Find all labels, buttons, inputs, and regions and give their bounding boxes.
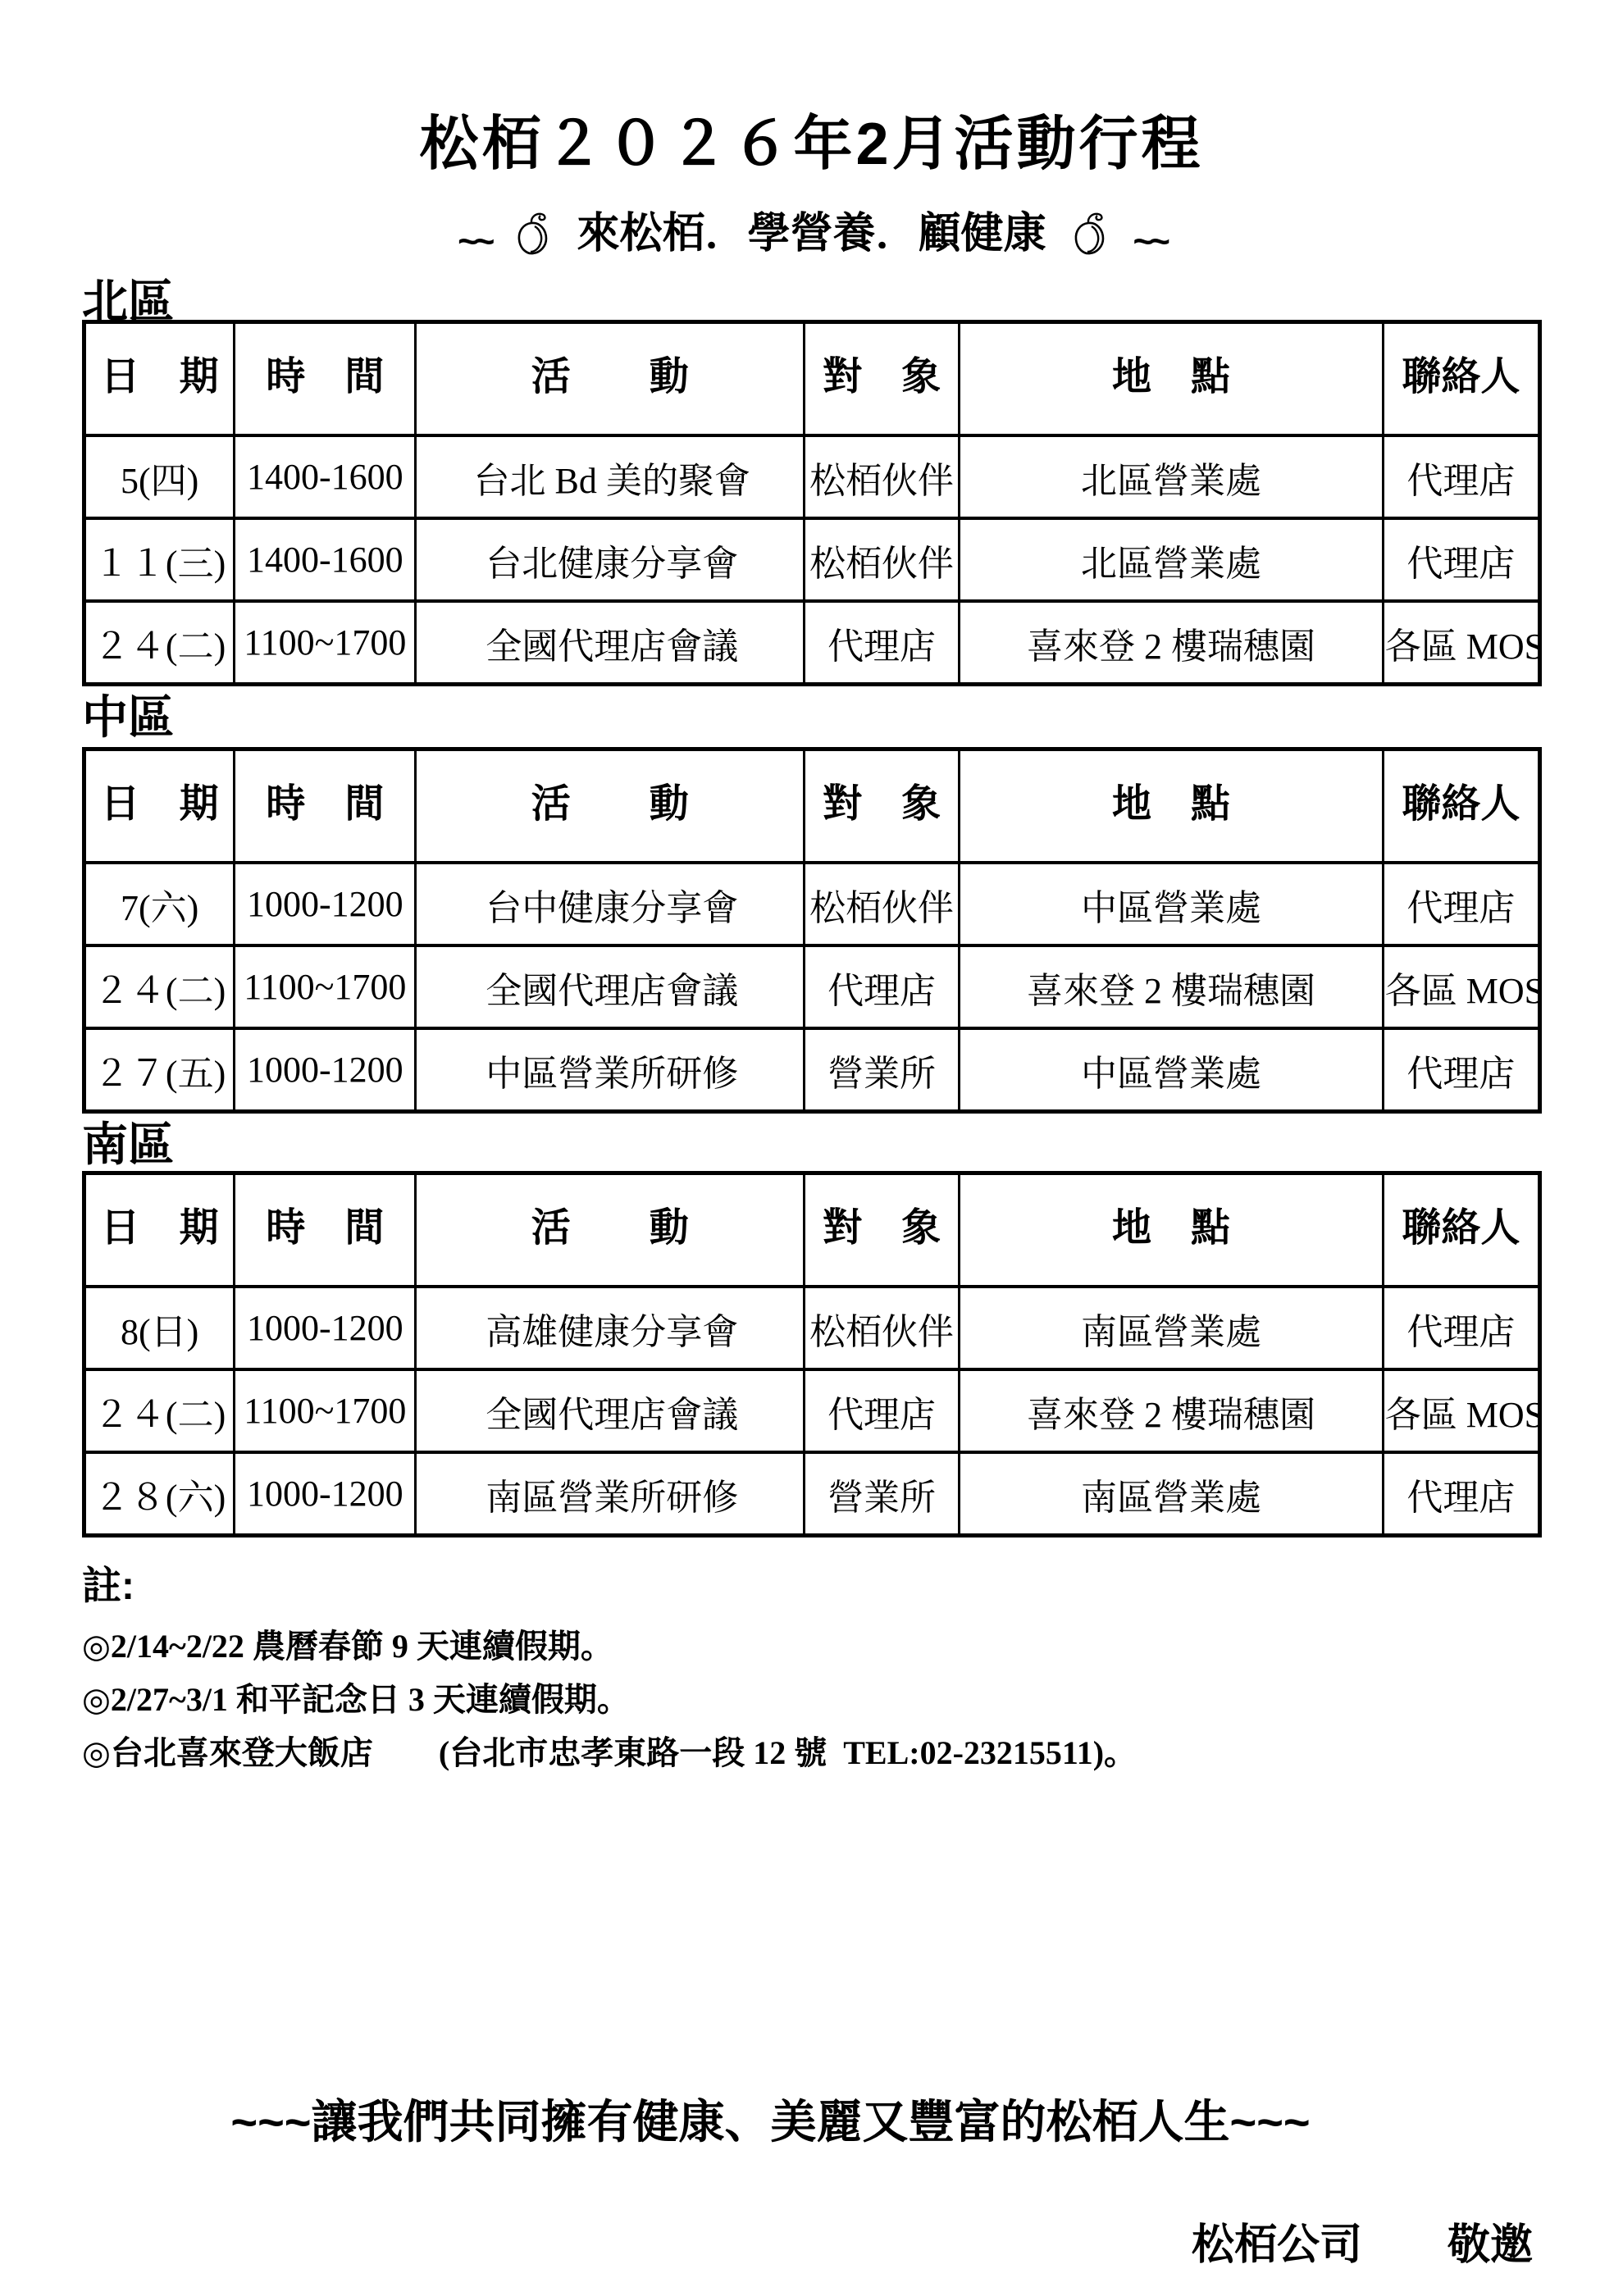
- cell-date: ２４(二): [84, 601, 235, 685]
- cell-time: 1100~1700: [235, 945, 416, 1028]
- cell-date: ２７(五): [84, 1028, 235, 1112]
- cell-time: 1000-1200: [235, 863, 416, 945]
- cell-audience: 代理店: [804, 945, 959, 1028]
- table-header-row: 日 期 時 間 活 動 對 象 地 點 聯絡人: [84, 322, 1540, 436]
- cell-audience: 松栢伙伴: [804, 435, 959, 518]
- cell-audience: 營業所: [804, 1452, 959, 1536]
- page-subtitle: ~~ 來松栢．學營養．顧健康 ~~: [0, 210, 1623, 257]
- cell-activity: 中區營業所研修: [416, 1028, 805, 1112]
- col-header-activity: 活 動: [416, 322, 805, 436]
- cell-time: 1000-1200: [235, 1028, 416, 1112]
- cell-audience: 松栢伙伴: [804, 518, 959, 601]
- col-header-contact: 聯絡人: [1383, 749, 1539, 863]
- table-header-row: 日 期 時 間 活 動 對 象 地 點 聯絡人: [84, 1173, 1540, 1287]
- cell-contact: 代理店: [1383, 435, 1539, 518]
- table-row: 5(四) 1400-1600 台北 Bd 美的聚會 松栢伙伴 北區營業處 代理店: [84, 435, 1540, 518]
- table-row: ２４(二) 1100~1700 全國代理店會議 代理店 喜來登 2 樓瑞穗園 各…: [84, 945, 1540, 1028]
- col-header-activity: 活 動: [416, 749, 805, 863]
- cell-date: 7(六): [84, 863, 235, 945]
- cell-contact: 代理店: [1383, 1452, 1539, 1536]
- cell-date: 5(四): [84, 435, 235, 518]
- cell-date: 8(日): [84, 1287, 235, 1369]
- section-label-north: 北區: [82, 279, 1623, 325]
- cell-contact: 各區 MOS: [1383, 601, 1539, 685]
- col-header-location: 地 點: [960, 322, 1384, 436]
- col-header-audience: 對 象: [804, 1173, 959, 1287]
- footer-signature: 松栢公司 敬邀: [0, 2224, 1623, 2266]
- cell-location: 中區營業處: [960, 1028, 1384, 1112]
- notes-heading: 註:: [82, 1567, 1623, 1606]
- cell-contact: 代理店: [1383, 1287, 1539, 1369]
- table-row: 8(日) 1000-1200 高雄健康分享會 松栢伙伴 南區營業處 代理店: [84, 1287, 1540, 1369]
- col-header-time: 時 間: [235, 749, 416, 863]
- table-header-row: 日 期 時 間 活 動 對 象 地 點 聯絡人: [84, 749, 1540, 863]
- cell-location: 南區營業處: [960, 1452, 1384, 1536]
- cell-contact: 各區 MOS: [1383, 1369, 1539, 1452]
- cell-contact: 代理店: [1383, 863, 1539, 945]
- table-row: ２７(五) 1000-1200 中區營業所研修 營業所 中區營業處 代理店: [84, 1028, 1540, 1112]
- cell-activity: 台北健康分享會: [416, 518, 805, 601]
- plum-icon: [1071, 210, 1109, 257]
- cell-date: ２４(二): [84, 945, 235, 1028]
- notes-list: ◎2/14~2/22 農曆春節 9 天連續假期。 ◎2/27~3/1 和平記念日…: [82, 1619, 1623, 1779]
- cell-date: ２４(二): [84, 1369, 235, 1452]
- cell-audience: 營業所: [804, 1028, 959, 1112]
- cell-location: 喜來登 2 樓瑞穗園: [960, 1369, 1384, 1452]
- cell-activity: 南區營業所研修: [416, 1452, 805, 1536]
- col-header-location: 地 點: [960, 749, 1384, 863]
- table-row: ２８(六) 1000-1200 南區營業所研修 營業所 南區營業處 代理店: [84, 1452, 1540, 1536]
- cell-time: 1100~1700: [235, 1369, 416, 1452]
- cell-contact: 代理店: [1383, 518, 1539, 601]
- col-header-audience: 對 象: [804, 322, 959, 436]
- schedule-table-south: 日 期 時 間 活 動 對 象 地 點 聯絡人 8(日) 1000-1200 高…: [82, 1171, 1542, 1537]
- footer-slogan: ~~~讓我們共同擁有健康、美麗又豐富的松栢人生~~~: [0, 2099, 1582, 2145]
- cell-time: 1100~1700: [235, 601, 416, 685]
- table-row: ２４(二) 1100~1700 全國代理店會議 代理店 喜來登 2 樓瑞穗園 各…: [84, 601, 1540, 685]
- section-label-south: 南區: [82, 1122, 1623, 1168]
- cell-date: ２８(六): [84, 1452, 235, 1536]
- cell-activity: 全國代理店會議: [416, 601, 805, 685]
- right-tilde-decor: ~~: [1133, 224, 1165, 260]
- cell-time: 1400-1600: [235, 518, 416, 601]
- cell-audience: 松栢伙伴: [804, 1287, 959, 1369]
- page-title: 松栢２０２６年2月活動行程: [0, 115, 1623, 174]
- cell-location: 喜來登 2 樓瑞穗園: [960, 945, 1384, 1028]
- col-header-contact: 聯絡人: [1383, 322, 1539, 436]
- cell-activity: 高雄健康分享會: [416, 1287, 805, 1369]
- cell-location: 中區營業處: [960, 863, 1384, 945]
- cell-contact: 各區 MOS: [1383, 945, 1539, 1028]
- col-header-date: 日 期: [84, 322, 235, 436]
- cell-activity: 台北 Bd 美的聚會: [416, 435, 805, 518]
- cell-location: 北區營業處: [960, 435, 1384, 518]
- schedule-table-north: 日 期 時 間 活 動 對 象 地 點 聯絡人 5(四) 1400-1600 台…: [82, 320, 1542, 686]
- cell-time: 1000-1200: [235, 1452, 416, 1536]
- col-header-location: 地 點: [960, 1173, 1384, 1287]
- note-item-holiday-spring: ◎2/14~2/22 農曆春節 9 天連續假期。: [82, 1619, 1623, 1673]
- plum-icon: [514, 210, 552, 257]
- note-item-holiday-peace: ◎2/27~3/1 和平記念日 3 天連續假期。: [82, 1673, 1623, 1726]
- col-header-contact: 聯絡人: [1383, 1173, 1539, 1287]
- col-header-date: 日 期: [84, 749, 235, 863]
- cell-time: 1000-1200: [235, 1287, 416, 1369]
- note-item-hotel-address: ◎台北喜來登大飯店 (台北市忠孝東路一段 12 號 TEL:02-2321551…: [82, 1726, 1623, 1779]
- schedule-table-central: 日 期 時 間 活 動 對 象 地 點 聯絡人 7(六) 1000-1200 台…: [82, 747, 1542, 1114]
- cell-contact: 代理店: [1383, 1028, 1539, 1112]
- section-label-central: 中區: [82, 695, 1623, 740]
- col-header-time: 時 間: [235, 1173, 416, 1287]
- cell-audience: 代理店: [804, 601, 959, 685]
- cell-location: 南區營業處: [960, 1287, 1384, 1369]
- cell-time: 1400-1600: [235, 435, 416, 518]
- table-row: ２４(二) 1100~1700 全國代理店會議 代理店 喜來登 2 樓瑞穗園 各…: [84, 1369, 1540, 1452]
- cell-activity: 台中健康分享會: [416, 863, 805, 945]
- col-header-date: 日 期: [84, 1173, 235, 1287]
- cell-location: 北區營業處: [960, 518, 1384, 601]
- cell-activity: 全國代理店會議: [416, 1369, 805, 1452]
- cell-audience: 松栢伙伴: [804, 863, 959, 945]
- subtitle-text: 來松栢．學營養．顧健康: [577, 212, 1046, 255]
- table-row: 7(六) 1000-1200 台中健康分享會 松栢伙伴 中區營業處 代理店: [84, 863, 1540, 945]
- cell-date: １１(三): [84, 518, 235, 601]
- cell-audience: 代理店: [804, 1369, 959, 1452]
- cell-location: 喜來登 2 樓瑞穗園: [960, 601, 1384, 685]
- table-row: １１(三) 1400-1600 台北健康分享會 松栢伙伴 北區營業處 代理店: [84, 518, 1540, 601]
- col-header-audience: 對 象: [804, 749, 959, 863]
- cell-activity: 全國代理店會議: [416, 945, 805, 1028]
- col-header-activity: 活 動: [416, 1173, 805, 1287]
- left-tilde-decor: ~~: [458, 224, 490, 260]
- col-header-time: 時 間: [235, 322, 416, 436]
